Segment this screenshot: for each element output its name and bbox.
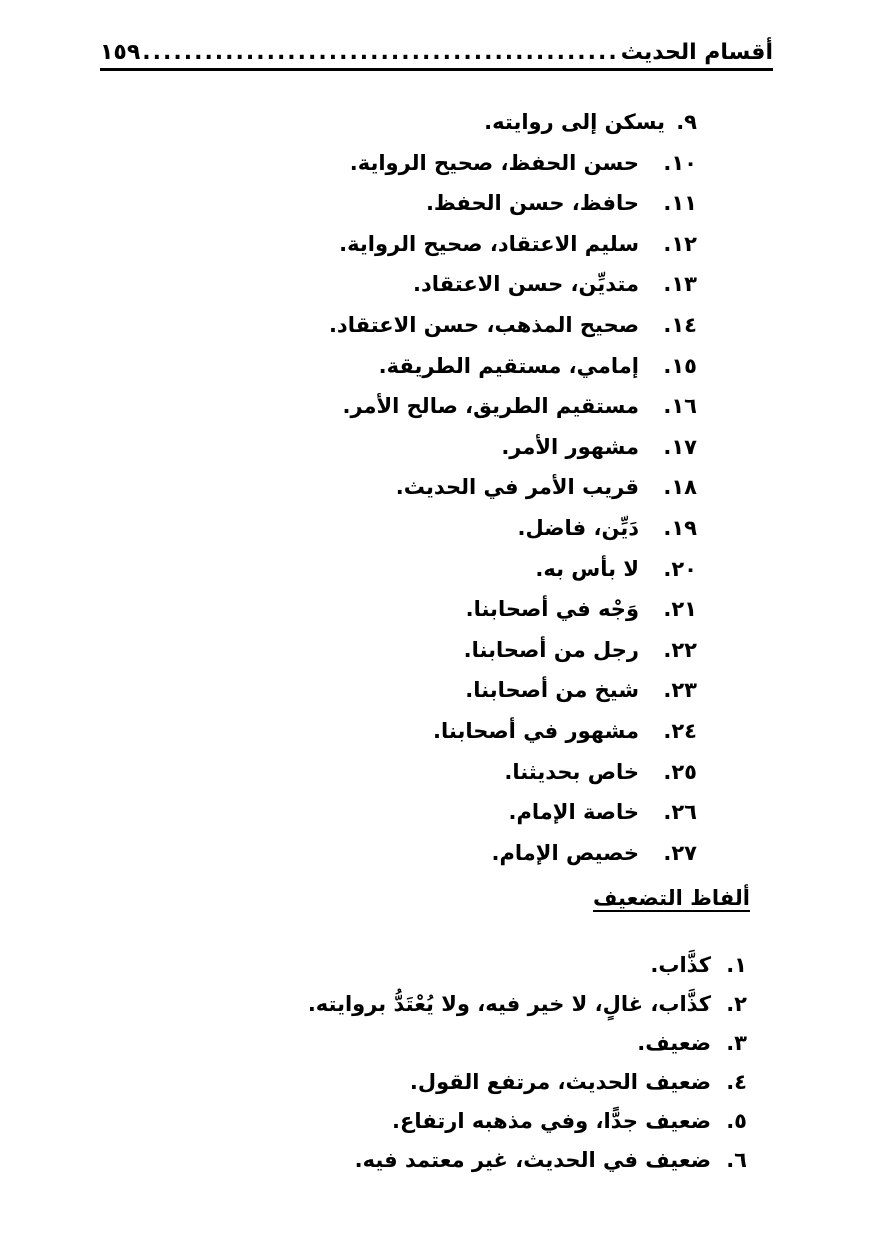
list-item: ١٢.سليم الاعتقاد، صحيح الرواية. — [329, 224, 697, 265]
header-rule — [100, 68, 773, 71]
list-item: ٢٧.خصيص الإمام. — [329, 833, 697, 874]
item-number: ٢٥. — [657, 752, 697, 793]
item-text: مشهور الأمر. — [501, 427, 657, 468]
item-text: خاصة الإمام. — [509, 792, 657, 833]
item-text: مستقيم الطريق، صالح الأمر. — [342, 386, 657, 427]
list-item: ٢٤.مشهور في أصحابنا. — [329, 711, 697, 752]
item-text: كذَّاب. — [650, 946, 717, 985]
dot-leader: ........................................… — [140, 38, 620, 68]
list-item: ١.كذَّاب. — [308, 946, 747, 985]
item-text: حسن الحفظ، صحيح الرواية. — [350, 143, 657, 184]
list-item: ١٤.صحيح المذهب، حسن الاعتقاد. — [329, 305, 697, 346]
item-number: ١٧. — [657, 427, 697, 468]
item-text: شيخ من أصحابنا. — [465, 670, 657, 711]
item-text: ضعيف في الحديث، غير معتمد فيه. — [355, 1141, 717, 1180]
item-text: مشهور في أصحابنا. — [433, 711, 657, 752]
item-number: ١٩. — [657, 508, 697, 549]
item-number: ٢١. — [657, 589, 697, 630]
list-item: ٢١.وَجْه في أصحابنا. — [329, 589, 697, 630]
list-item: ٢٠.لا بأس به. — [329, 549, 697, 590]
list-item: ٢.كذَّاب، غالٍ، لا خير فيه، ولا يُعْتَدُ… — [308, 985, 747, 1024]
item-text: صحيح المذهب، حسن الاعتقاد. — [329, 305, 657, 346]
book-page: أقسام الحديث ...........................… — [0, 0, 873, 1245]
item-number: ١٢. — [657, 224, 697, 265]
item-number: ٢. — [717, 985, 747, 1024]
list-item: ١٦.مستقيم الطريق، صالح الأمر. — [329, 386, 697, 427]
item-number: ٥. — [717, 1102, 747, 1141]
chapter-title: أقسام الحديث — [621, 38, 773, 68]
list-item: ١٣.متديِّن، حسن الاعتقاد. — [329, 264, 697, 305]
item-number: ٢٦. — [657, 792, 697, 833]
section-heading-tad3if: ألفاظ التضعيف — [593, 886, 750, 910]
item-text: ضعيف جدًّا، وفي مذهبه ارتفاع. — [392, 1102, 717, 1141]
item-number: ٢٣. — [657, 670, 697, 711]
list-item: ٥.ضعيف جدًّا، وفي مذهبه ارتفاع. — [308, 1102, 747, 1141]
list-item: ٢٣.شيخ من أصحابنا. — [329, 670, 697, 711]
tawthiq-terms-list: ٩.يسكن إلى روايته. ١٠.حسن الحفظ، صحيح ال… — [329, 102, 697, 873]
item-text: رجل من أصحابنا. — [464, 630, 657, 671]
page-number: ١٥٩ — [100, 38, 140, 68]
list-item: ٣.ضعيف. — [308, 1024, 747, 1063]
item-number: ١٦. — [657, 386, 697, 427]
item-number: ١٤. — [657, 305, 697, 346]
list-item: ١٠.حسن الحفظ، صحيح الرواية. — [329, 143, 697, 184]
item-number: ٢٠. — [657, 549, 697, 590]
item-number: ٦. — [717, 1141, 747, 1180]
tad3if-terms-list: ١.كذَّاب. ٢.كذَّاب، غالٍ، لا خير فيه، ول… — [308, 946, 747, 1180]
item-number: ٣. — [717, 1024, 747, 1063]
item-number: ١١. — [657, 183, 697, 224]
list-item: ٢٥.خاص بحديثنا. — [329, 752, 697, 793]
item-text: كذَّاب، غالٍ، لا خير فيه، ولا يُعْتَدُّ … — [308, 985, 717, 1024]
running-header: أقسام الحديث ...........................… — [100, 36, 773, 68]
list-item: ١٨.قريب الأمر في الحديث. — [329, 467, 697, 508]
item-number: ٩. — [665, 102, 697, 143]
item-text: دَيِّن، فاضل. — [518, 508, 658, 549]
list-item: ٢٢.رجل من أصحابنا. — [329, 630, 697, 671]
list-item: ٢٦.خاصة الإمام. — [329, 792, 697, 833]
item-number: ١٠. — [657, 143, 697, 184]
list-item: ٦.ضعيف في الحديث، غير معتمد فيه. — [308, 1141, 747, 1180]
item-text: متديِّن، حسن الاعتقاد. — [413, 264, 657, 305]
item-text: حافظ، حسن الحفظ. — [426, 183, 657, 224]
item-number: ٢٤. — [657, 711, 697, 752]
item-number: ٢٢. — [657, 630, 697, 671]
list-item: ١٥.إمامي، مستقيم الطريقة. — [329, 346, 697, 387]
item-text: خاص بحديثنا. — [504, 752, 657, 793]
item-text: يسكن إلى روايته. — [484, 102, 665, 143]
item-number: ١٥. — [657, 346, 697, 387]
item-number: ٤. — [717, 1063, 747, 1102]
item-text: قريب الأمر في الحديث. — [396, 467, 657, 508]
item-text: إمامي، مستقيم الطريقة. — [379, 346, 657, 387]
list-item: ٤.ضعيف الحديث، مرتفع القول. — [308, 1063, 747, 1102]
item-text: ضعيف الحديث، مرتفع القول. — [410, 1063, 717, 1102]
list-item: ١٧.مشهور الأمر. — [329, 427, 697, 468]
item-number: ١. — [717, 946, 747, 985]
list-item: ١٩.دَيِّن، فاضل. — [329, 508, 697, 549]
list-item: ٩.يسكن إلى روايته. — [329, 102, 697, 143]
item-number: ١٣. — [657, 264, 697, 305]
item-text: خصيص الإمام. — [492, 833, 657, 874]
item-text: سليم الاعتقاد، صحيح الرواية. — [339, 224, 657, 265]
list-item: ١١.حافظ، حسن الحفظ. — [329, 183, 697, 224]
item-number: ١٨. — [657, 467, 697, 508]
item-number: ٢٧. — [657, 833, 697, 874]
item-text: لا بأس به. — [535, 549, 657, 590]
item-text: ضعيف. — [637, 1024, 717, 1063]
item-text: وَجْه في أصحابنا. — [466, 589, 657, 630]
